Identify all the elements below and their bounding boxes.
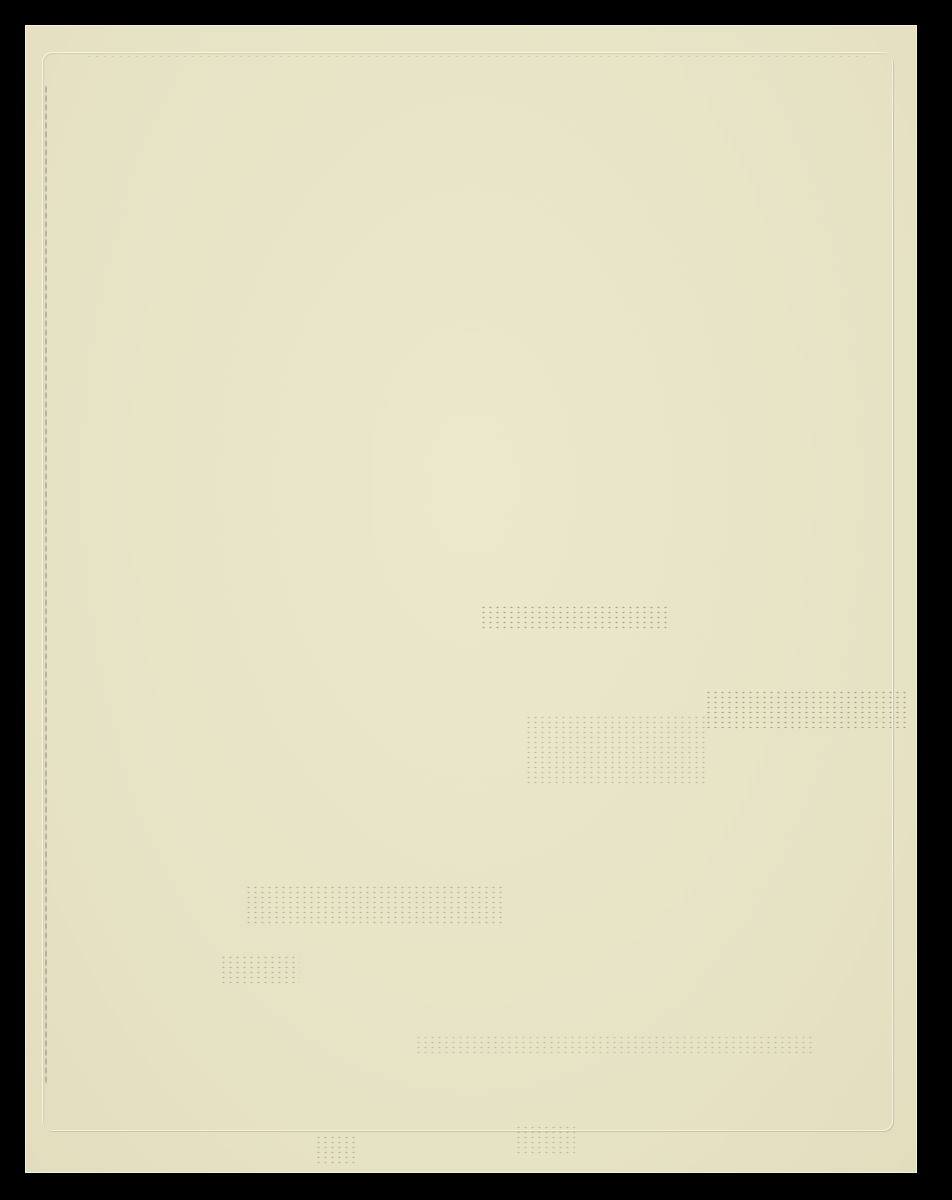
ink-specks <box>705 690 910 730</box>
plate-mark <box>43 53 893 1131</box>
paper-sheet <box>25 25 917 1173</box>
ink-specks <box>525 715 705 785</box>
ink-offset-left-edge <box>45 85 47 1085</box>
ink-offset-top-edge <box>85 55 865 58</box>
ink-specks <box>220 955 300 985</box>
ink-specks <box>480 605 670 630</box>
ink-specks <box>415 1035 815 1055</box>
ink-specks <box>515 1125 575 1155</box>
ink-specks <box>245 885 505 925</box>
ink-specks <box>315 1135 355 1165</box>
